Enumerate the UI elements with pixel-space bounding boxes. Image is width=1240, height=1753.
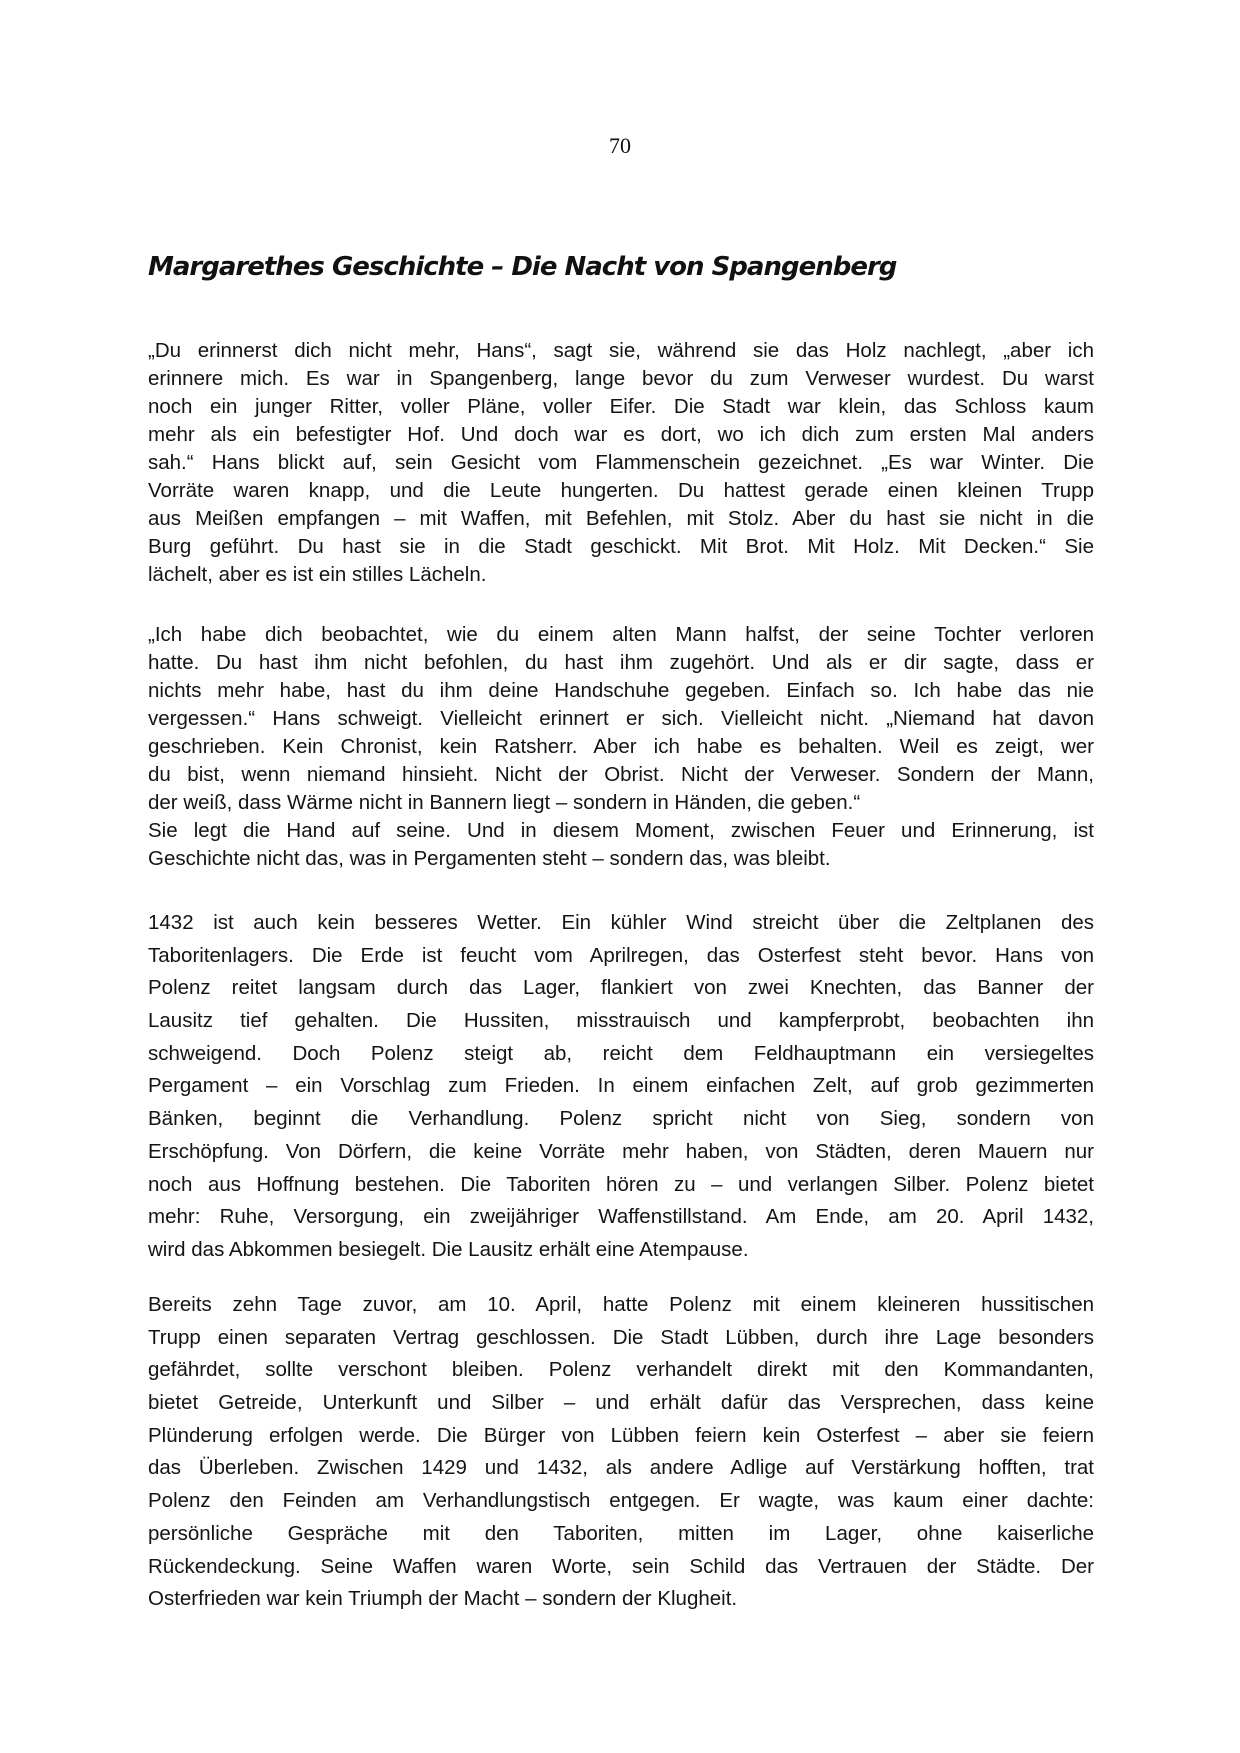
text-line: lächelt, aber es ist ein stilles Lächeln… — [148, 561, 1094, 589]
text-line: erinnere mich. Es war in Spangenberg, la… — [148, 365, 1094, 393]
text-line: Bänken, beginnt die Verhandlung. Polenz … — [148, 1103, 1094, 1136]
text-line: Osterfrieden war kein Triumph der Macht … — [148, 1583, 1094, 1616]
text-line: „Ich habe dich beobachtet, wie du einem … — [148, 621, 1094, 649]
text-line: noch ein junger Ritter, voller Pläne, vo… — [148, 393, 1094, 421]
text-line: der weiß, dass Wärme nicht in Bannern li… — [148, 789, 1094, 817]
paragraph-2: „Ich habe dich beobachtet, wie du einem … — [148, 621, 1094, 873]
text-line: gefährdet, sollte verschont bleiben. Pol… — [148, 1354, 1094, 1387]
paragraph-4: Bereits zehn Tage zuvor, am 10. April, h… — [148, 1289, 1094, 1616]
text-line: Erschöpfung. Von Dörfern, die keine Vorr… — [148, 1136, 1094, 1169]
text-line: das Überleben. Zwischen 1429 und 1432, a… — [148, 1452, 1094, 1485]
text-line: Trupp einen separaten Vertrag geschlosse… — [148, 1322, 1094, 1355]
text-line: Burg geführt. Du hast sie in die Stadt g… — [148, 533, 1094, 561]
paragraph-3: 1432 ist auch kein besseres Wetter. Ein … — [148, 907, 1094, 1267]
text-line: Rückendeckung. Seine Waffen waren Worte,… — [148, 1551, 1094, 1584]
text-line: persönliche Gespräche mit den Taboriten,… — [148, 1518, 1094, 1551]
text-line: sah.“ Hans blickt auf, sein Gesicht vom … — [148, 449, 1094, 477]
document-page: 70 Margarethes Geschichte – Die Nacht vo… — [0, 0, 1240, 1753]
text-line: nichts mehr habe, hast du ihm deine Hand… — [148, 677, 1094, 705]
text-line: noch aus Hoffnung bestehen. Die Taborite… — [148, 1169, 1094, 1202]
text-line: Lausitz tief gehalten. Die Hussiten, mis… — [148, 1005, 1094, 1038]
text-line: Plünderung erfolgen werde. Die Bürger vo… — [148, 1420, 1094, 1453]
text-line: geschrieben. Kein Chronist, kein Ratsher… — [148, 733, 1094, 761]
text-line: Vorräte waren knapp, und die Leute hunge… — [148, 477, 1094, 505]
text-line: mehr als ein befestigter Hof. Und doch w… — [148, 421, 1094, 449]
text-line: Polenz reitet langsam durch das Lager, f… — [148, 972, 1094, 1005]
text-line: hatte. Du hast ihm nicht befohlen, du ha… — [148, 649, 1094, 677]
text-line: vergessen.“ Hans schweigt. Vielleicht er… — [148, 705, 1094, 733]
text-line: aus Meißen empfangen – mit Waffen, mit B… — [148, 505, 1094, 533]
text-line: du bist, wenn niemand hinsieht. Nicht de… — [148, 761, 1094, 789]
text-line: 1432 ist auch kein besseres Wetter. Ein … — [148, 907, 1094, 940]
text-line: „Du erinnerst dich nicht mehr, Hans“, sa… — [148, 337, 1094, 365]
text-line: Sie legt die Hand auf seine. Und in dies… — [148, 817, 1094, 845]
text-line: bietet Getreide, Unterkunft und Silber –… — [148, 1387, 1094, 1420]
text-line: schweigend. Doch Polenz steigt ab, reich… — [148, 1038, 1094, 1071]
paragraph-1: „Du erinnerst dich nicht mehr, Hans“, sa… — [148, 337, 1094, 589]
chapter-title: Margarethes Geschichte – Die Nacht von S… — [148, 250, 896, 284]
text-line: Polenz den Feinden am Verhandlungstisch … — [148, 1485, 1094, 1518]
text-line: Taboritenlagers. Die Erde ist feucht vom… — [148, 940, 1094, 973]
text-line: Pergament – ein Vorschlag zum Frieden. I… — [148, 1070, 1094, 1103]
text-line: mehr: Ruhe, Versorgung, ein zweijähriger… — [148, 1201, 1094, 1234]
text-line: wird das Abkommen besiegelt. Die Lausitz… — [148, 1234, 1094, 1267]
page-number: 70 — [0, 133, 1240, 159]
text-line: Geschichte nicht das, was in Pergamenten… — [148, 845, 1094, 873]
text-line: Bereits zehn Tage zuvor, am 10. April, h… — [148, 1289, 1094, 1322]
